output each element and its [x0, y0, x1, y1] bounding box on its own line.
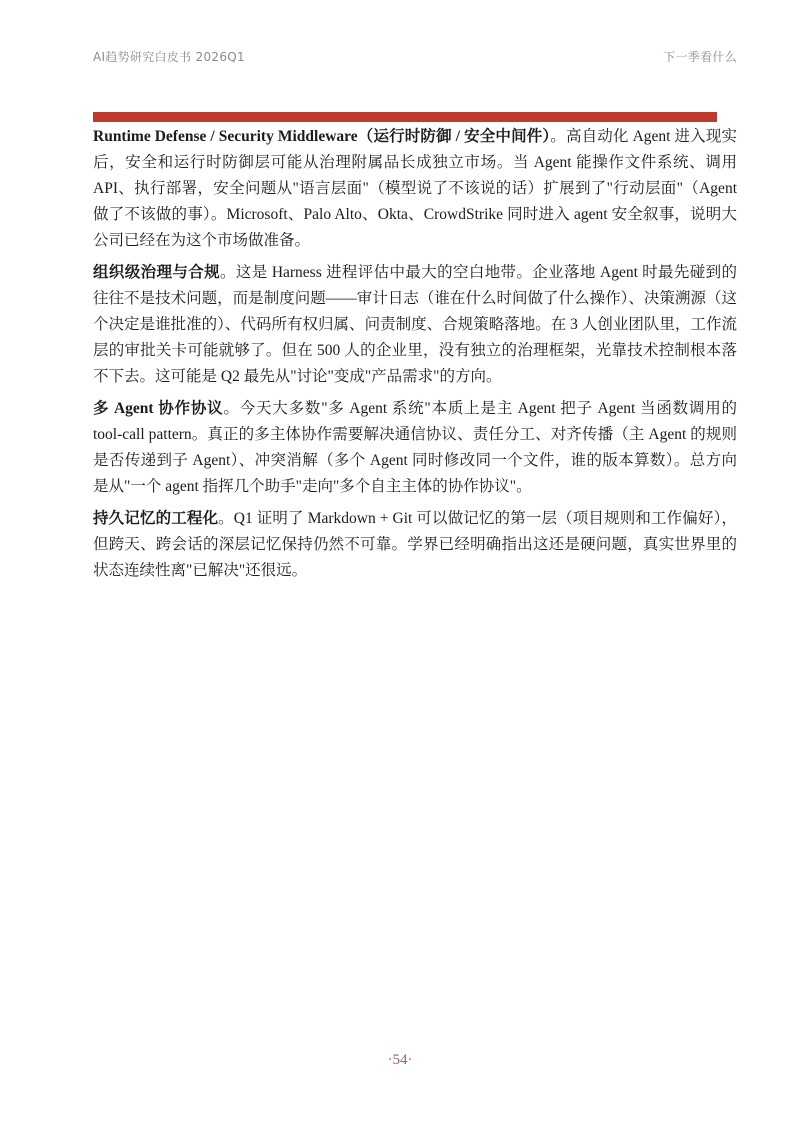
paragraph-body: 。高自动化 Agent 进入现实后，安全和运行时防御层可能从治理附属品长成独立市… — [93, 128, 737, 249]
paragraph-persistent-memory: 持久记忆的工程化。Q1 证明了 Markdown + Git 可以做记忆的第一层… — [93, 506, 737, 584]
paragraph-runtime-defense: Runtime Defense / Security Middleware（运行… — [93, 124, 737, 254]
header-left-title: AI趋势研究白皮书 2026Q1 — [93, 48, 245, 65]
page-number: ·54· — [388, 1052, 413, 1068]
header-right-title: 下一季看什么 — [663, 48, 737, 65]
page-footer: ·54· — [0, 1052, 800, 1069]
accent-bar — [93, 112, 717, 122]
document-page: AI趋势研究白皮书 2026Q1 下一季看什么 Runtime Defense … — [0, 0, 800, 1131]
paragraph-lead: Runtime Defense / Security Middleware（运行… — [93, 128, 550, 145]
body-content: Runtime Defense / Security Middleware（运行… — [93, 124, 737, 590]
paragraph-lead: 多 Agent 协作协议 — [93, 400, 223, 417]
page-header: AI趋势研究白皮书 2026Q1 下一季看什么 — [93, 48, 737, 65]
paragraph-lead: 组织级治理与合规 — [93, 264, 220, 281]
paragraph-lead: 持久记忆的工程化 — [93, 510, 218, 527]
paragraph-governance-compliance: 组织级治理与合规。这是 Harness 进程评估中最大的空白地带。企业落地 Ag… — [93, 260, 737, 390]
paragraph-multi-agent-protocol: 多 Agent 协作协议。今天大多数"多 Agent 系统"本质上是主 Agen… — [93, 396, 737, 500]
paragraph-body: 。这是 Harness 进程评估中最大的空白地带。企业落地 Agent 时最先碰… — [93, 264, 737, 385]
